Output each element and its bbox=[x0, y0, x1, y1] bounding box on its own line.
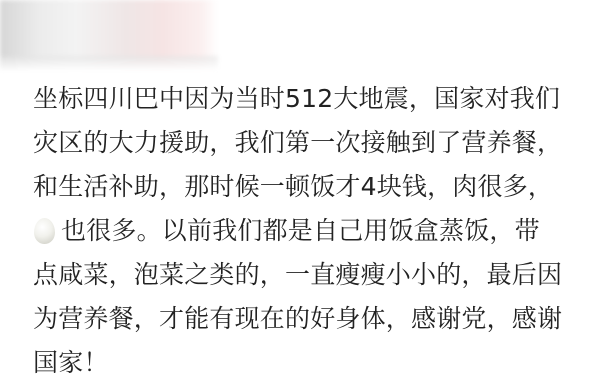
post-line-with-emoji: 也很多。以前我们都是自己用饭盒蒸饭，带 bbox=[33, 209, 578, 253]
post-line: 为营养餐，才能有现在的好身体，感谢党，感谢 bbox=[33, 297, 578, 341]
post-body-text: 坐标四川巴中因为当时512大地震，国家对我们 灾区的大力援助，我们第一次接触到了… bbox=[33, 77, 578, 385]
post-line: 灾区的大力援助，我们第一次接触到了营养餐， bbox=[33, 121, 578, 165]
post-line: 点咸菜，泡菜之类的，一直瘦瘦小小的，最后因 bbox=[33, 253, 578, 297]
post-line: 和生活补助，那时候一顿饭才4块钱，肉很多， bbox=[33, 165, 578, 209]
egg-icon bbox=[34, 218, 55, 244]
post-line: 国家！ bbox=[33, 341, 578, 385]
post-line: 坐标四川巴中因为当时512大地震，国家对我们 bbox=[33, 77, 578, 121]
blurred-user-header bbox=[0, 0, 218, 70]
post-line-text: 也很多。以前我们都是自己用饭盒蒸饭，带 bbox=[61, 216, 540, 245]
